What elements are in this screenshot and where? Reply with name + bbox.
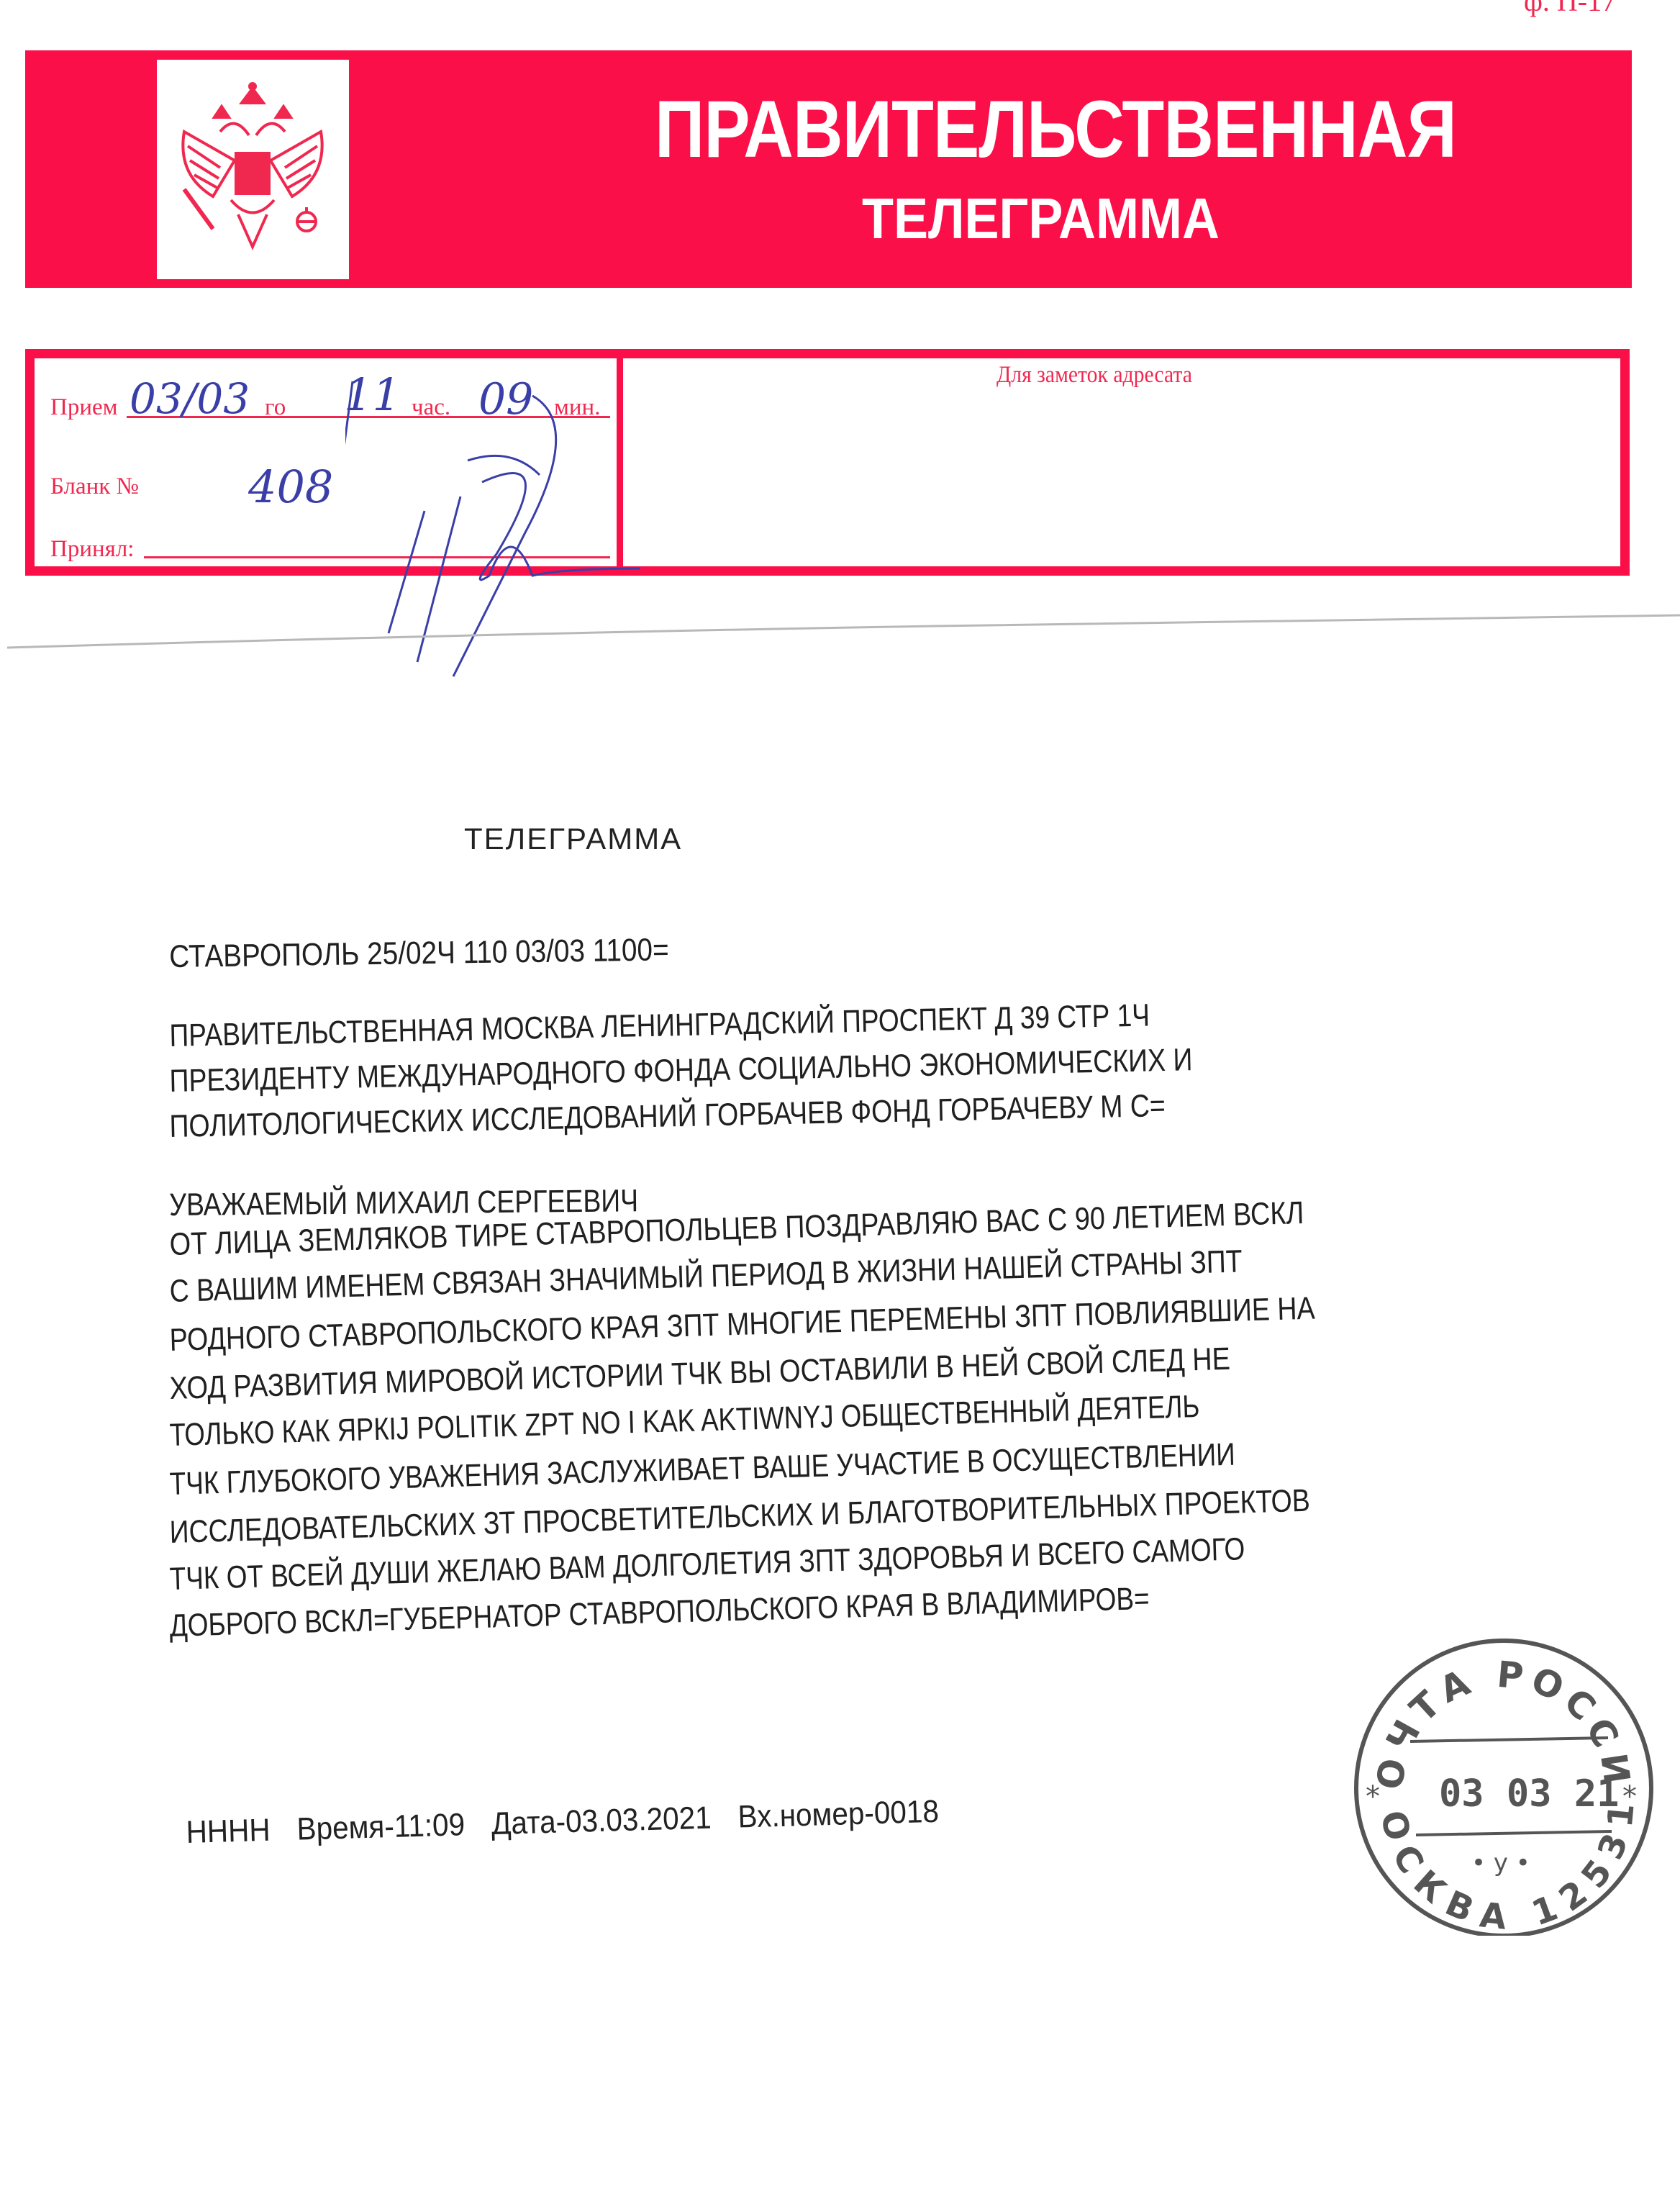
telegram-footer: НННН Время-11:09 Дата-03.03.2021 Вх.номе… — [186, 1793, 958, 1851]
blank-number: 408 — [248, 461, 333, 513]
emblem-box — [157, 60, 349, 279]
footer-time: Время-11:09 — [296, 1807, 466, 1847]
postmark-top-text: ПОЧТА РОССИИ — [1353, 1633, 1639, 1793]
telegram-heading: ТЕЛЕГРАММА — [464, 822, 682, 856]
form-code: ф. П-17 — [1524, 0, 1616, 18]
accepted-label: Принял: — [50, 536, 134, 563]
end-marker: НННН — [186, 1813, 271, 1850]
postmark-stamp: ПОЧТА РОССИИ * * 03 03 21 • у • МОСКВА 1… — [1353, 1633, 1655, 1936]
scan-edge-line — [0, 604, 1680, 691]
coat-of-arms-icon — [170, 81, 335, 261]
origin-line: СТАВРОПОЛЬ 25/02Ч 110 03/03 1100= — [169, 932, 669, 975]
banner-title: ПРАВИТЕЛЬСТВЕННАЯ — [655, 83, 1456, 176]
notes-label: Для заметок адресата — [996, 362, 1192, 389]
postmark-mid-text: • у • — [1471, 1849, 1530, 1877]
postmark-date: 03 03 21 — [1439, 1772, 1619, 1816]
footer-date: Дата-03.03.2021 — [491, 1800, 712, 1842]
received-date: 03/03 — [130, 374, 250, 423]
svg-text:*: * — [1366, 1780, 1380, 1813]
blank-label: Бланк № — [50, 473, 139, 500]
footer-incoming-number: Вх.номер-0018 — [737, 1794, 940, 1835]
address-line: ПОЛИТОЛОГИЧЕСКИХ ИССЛЕДОВАНИЙ ГОРБАЧЕВ Ф… — [169, 1088, 1166, 1145]
day-suffix: го — [265, 394, 286, 421]
svg-text:ПОЧТА РОССИИ: ПОЧТА РОССИИ — [1353, 1633, 1639, 1793]
received-label: Прием — [50, 394, 118, 421]
banner-subtitle: ТЕЛЕГРАММА — [862, 186, 1220, 252]
